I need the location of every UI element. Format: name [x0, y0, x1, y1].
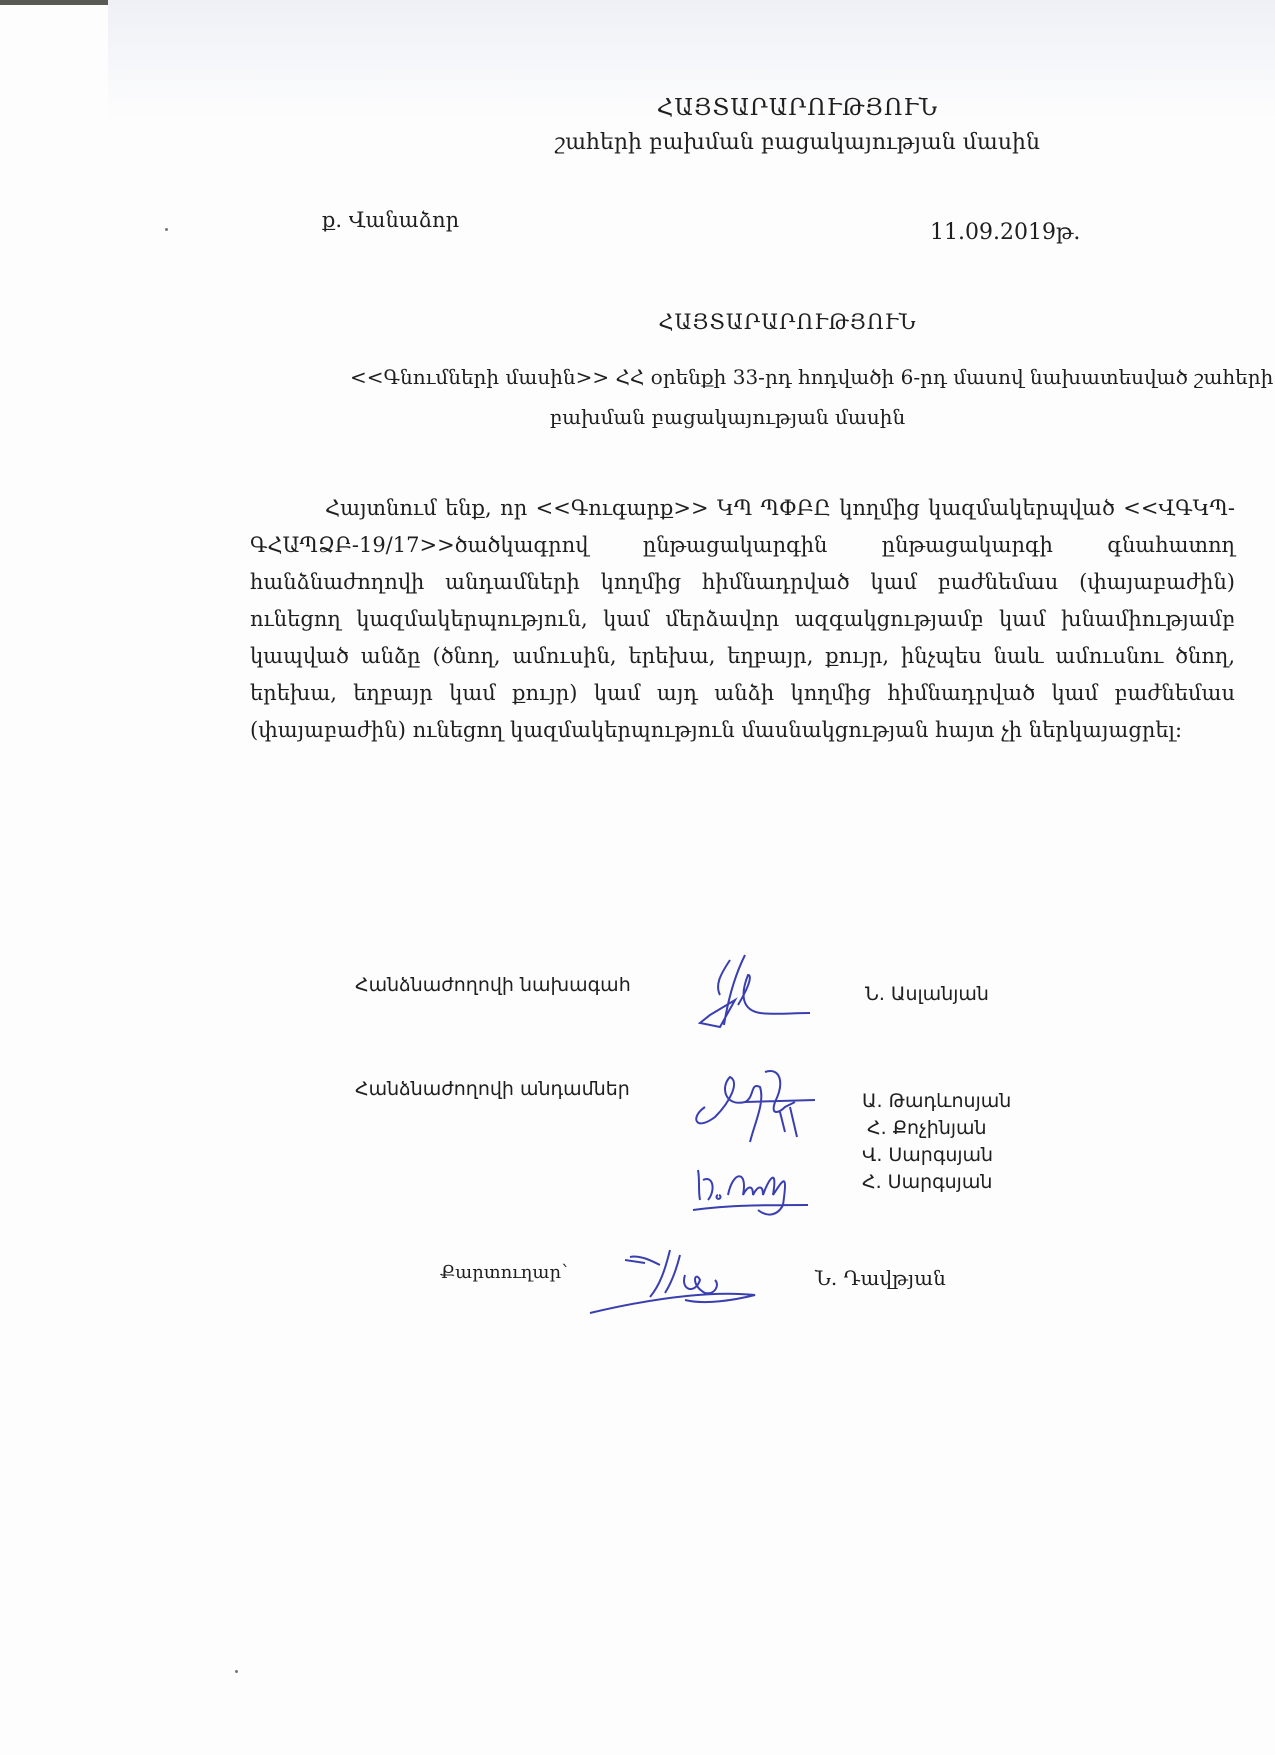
members-signature-2	[688, 1160, 828, 1220]
secretary-signature	[585, 1245, 765, 1315]
secretary-label: Քարտուղար`	[440, 1262, 570, 1283]
secretary-name: Ն. Դավթյան	[815, 1266, 946, 1290]
page-title: ՀԱՅՏԱՐԱՐՈՒԹՅՈՒՆ	[0, 95, 1275, 121]
members-label: Հանձնաժողովի անդամներ	[355, 1078, 630, 1100]
chair-label: Հանձնաժողովի նախագահ	[355, 974, 631, 996]
member-name: Ա. Թադևոսյան	[862, 1088, 1011, 1115]
chair-name: Ն. Ասլանյան	[865, 983, 989, 1005]
member-name: Հ. Քոչինյան	[862, 1115, 1011, 1142]
date: 11.09.2019թ.	[930, 220, 1080, 245]
declaration-body: Հայտնում ենք, որ <<Գուգարք>> ԿՊ ՊՓԲԸ կող…	[250, 490, 1235, 749]
city: ք. Վանաձոր	[322, 208, 459, 232]
declaration-title: ՀԱՅՏԱՐԱՐՈՒԹՅՈՒՆ	[0, 310, 1275, 334]
member-name: Վ. Սարգսյան	[862, 1142, 1011, 1169]
page-subtitle: շահերի բախման բացակայության մասին	[0, 130, 1275, 155]
scan-speck	[165, 228, 168, 231]
scan-speck	[235, 1670, 238, 1673]
members-signature-1	[685, 1062, 825, 1157]
declaration-subtitle-line1: <<Գնումների մասին>> ՀՀ օրենքի 33-րդ հոդվ…	[350, 365, 1273, 389]
chair-signature	[690, 955, 820, 1035]
member-name: Հ. Սարգսյան	[862, 1169, 1011, 1196]
declaration-subtitle-line2: բախման բացակայության մասին	[0, 405, 1275, 429]
members-names: Ա. Թադևոսյան Հ. Քոչինյան Վ. Սարգսյան Հ. …	[862, 1088, 1011, 1196]
scan-edge-artifact	[0, 0, 108, 5]
